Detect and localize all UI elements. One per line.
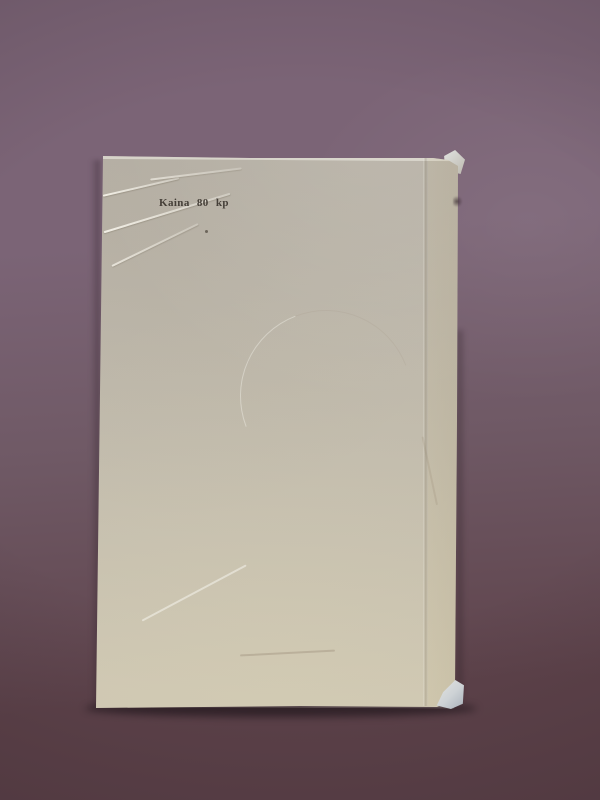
faint-arc-crease xyxy=(212,282,439,509)
corner-crease xyxy=(111,223,198,267)
price-label: Kaina 80 kp xyxy=(159,197,229,209)
vertical-fold-crease xyxy=(423,157,428,706)
right-edge-dark-nub xyxy=(453,196,463,207)
corner-crease xyxy=(150,167,242,180)
corner-crease xyxy=(103,177,179,196)
top-edge-highlight xyxy=(103,156,458,161)
scuff-mark xyxy=(240,650,335,656)
ink-speck xyxy=(205,230,208,233)
scuff-mark xyxy=(142,564,247,621)
spine-side-band xyxy=(428,157,458,706)
photo-of-book-back-cover: Kaina 80 kp xyxy=(0,0,600,800)
